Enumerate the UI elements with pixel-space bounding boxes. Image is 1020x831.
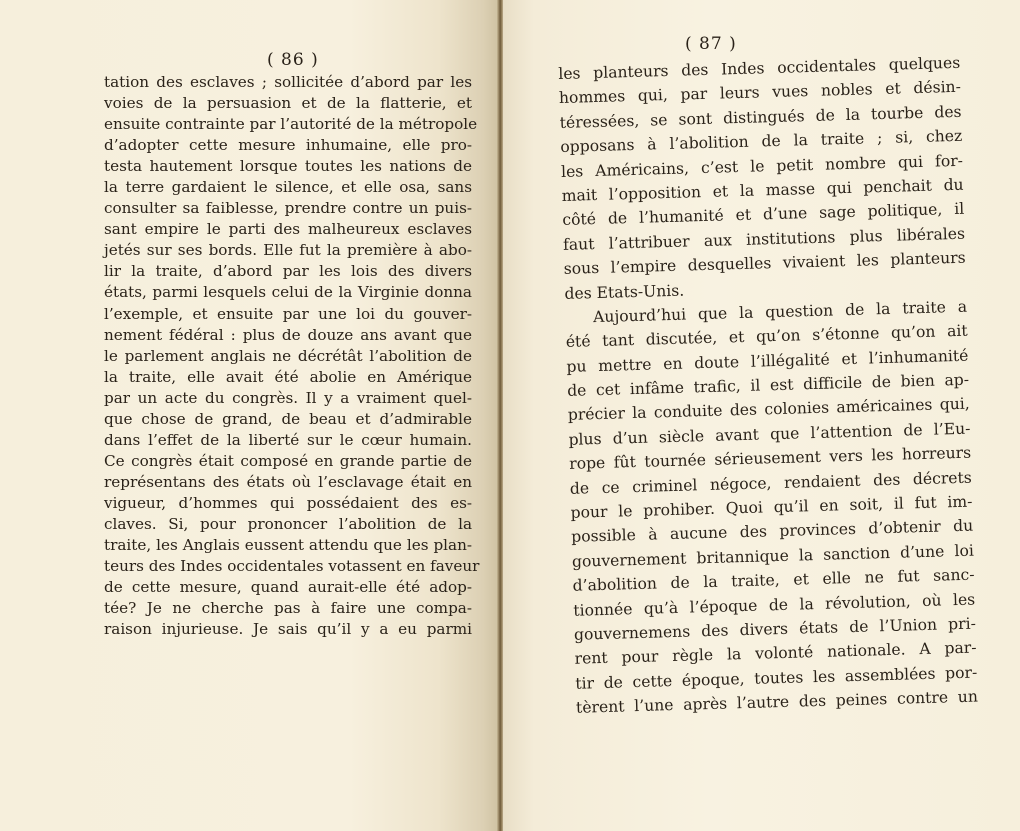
text-line: nement fédéral : plus de douze ans avant… [104,325,472,346]
text-line: sant empire le parti des malheureux escl… [104,219,472,240]
text-line: testa hautement lorsque toutes les natio… [104,156,472,177]
text-line: états, parmi lesquels celui de la Virgin… [104,282,472,303]
text-line: lir la traite, d’abord par les lois des … [104,261,472,282]
text-line: de cette mesure, quand aurait-elle été a… [104,577,472,598]
text-line: tation des esclaves ; sollicitée d’abord… [104,72,472,93]
text-line: Ce congrès était composé en grande parti… [104,451,472,472]
text-line: dans l’effet de la liberté sur le cœur h… [104,430,472,451]
text-line: tée? Je ne cherche pas à faire une compa… [104,598,472,619]
text-line: raison injurieuse. Je sais qu’il y a eu … [104,619,472,640]
text-line: consulter sa faiblesse, prendre contre u… [104,198,472,219]
text-line: d’adopter cette mesure inhumaine, elle p… [104,135,472,156]
text-line: la terre gardaient le silence, et elle o… [104,177,472,198]
text-line: vigueur, d’hommes qui possédaient des es… [104,493,472,514]
text-line: claves. Si, pour prononcer l’abolition d… [104,514,472,535]
text-line: par un acte du congrès. Il y a vraiment … [104,388,472,409]
page-number-left: ( 86 ) [267,50,319,70]
book-spread: ( 86 ) tation des esclaves ; sollicitée … [0,0,1020,831]
text-line: le parlement anglais ne décrétât l’aboli… [104,346,472,367]
left-page: ( 86 ) tation des esclaves ; sollicitée … [0,0,498,831]
left-page-body: tation des esclaves ; sollicitée d’abord… [104,72,472,640]
text-line: représentans des états où l’esclavage ét… [104,472,472,493]
text-line: la traite, elle avait été abolie en Amér… [104,367,472,388]
text-line: traite, les Anglais eussent attendu que … [104,535,472,556]
page-number-right: ( 87 ) [685,34,737,54]
right-page: ( 87 ) les planteurs des Indes occidenta… [503,0,1020,831]
text-line: l’exemple, et ensuite par une loi du gou… [104,304,472,325]
right-page-body: les planteurs des Indes occidentales que… [558,51,978,721]
text-line: teurs des Indes occidentales votassent e… [104,556,472,577]
text-line: jetés sur ses bords. Elle fut la premièr… [104,240,472,261]
text-line: voies de la persuasion et de la flatteri… [104,93,472,114]
text-line: ensuite contrainte par l’autorité de la … [104,114,472,135]
text-line: que chose de grand, de beau et d’admirab… [104,409,472,430]
